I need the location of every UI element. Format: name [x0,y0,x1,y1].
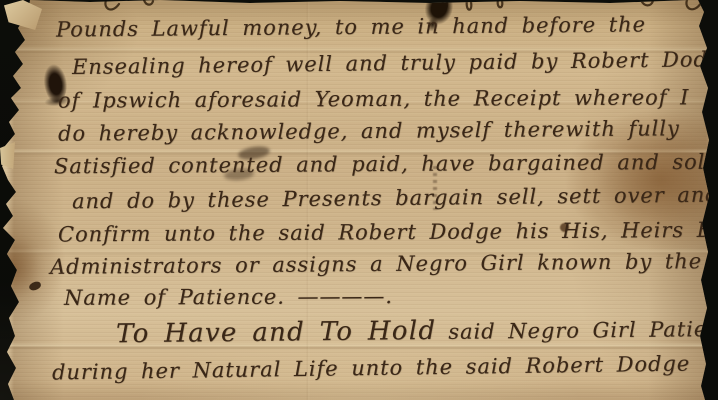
habendum-rest: said Negro Girl Patience [448,317,718,344]
line-7-text: Confirm unto the said Robert Dodge his H… [58,218,718,247]
manuscript-line-9: Name of Patience. ————. [64,284,393,310]
manuscript-line-11: during her Natural Life unto the said Ro… [52,352,691,385]
manuscript-line-1: Pounds Lawful money, to me in hand befor… [56,12,646,41]
manuscript-line-5: Satisfied contented and paid, have barga… [54,150,718,179]
manuscript-line-7: Confirm unto the said Robert Dodge his H… [58,217,718,247]
brown-stain-left [0,226,50,310]
manuscript-line-10: To Have and To Holdsaid Negro Girl Patie… [116,313,718,350]
habendum-clause: To Have and To Hold [116,316,437,349]
manuscript-line-3: of Ipswich aforesaid Yeoman, the Receipt… [58,85,689,112]
manuscript-line-2: Ensealing hereof well and truly paid by … [72,47,718,79]
torn-paper-tab [0,142,15,169]
manuscript-scan: Pounds Lawful money, to me in hand befor… [0,0,718,400]
manuscript-line-4: do hereby acknowledge, and myself therew… [58,116,680,145]
paper-sheet: Pounds Lawful money, to me in hand befor… [0,0,718,400]
manuscript-line-8: Administrators or assigns a Negro Girl k… [50,249,702,279]
